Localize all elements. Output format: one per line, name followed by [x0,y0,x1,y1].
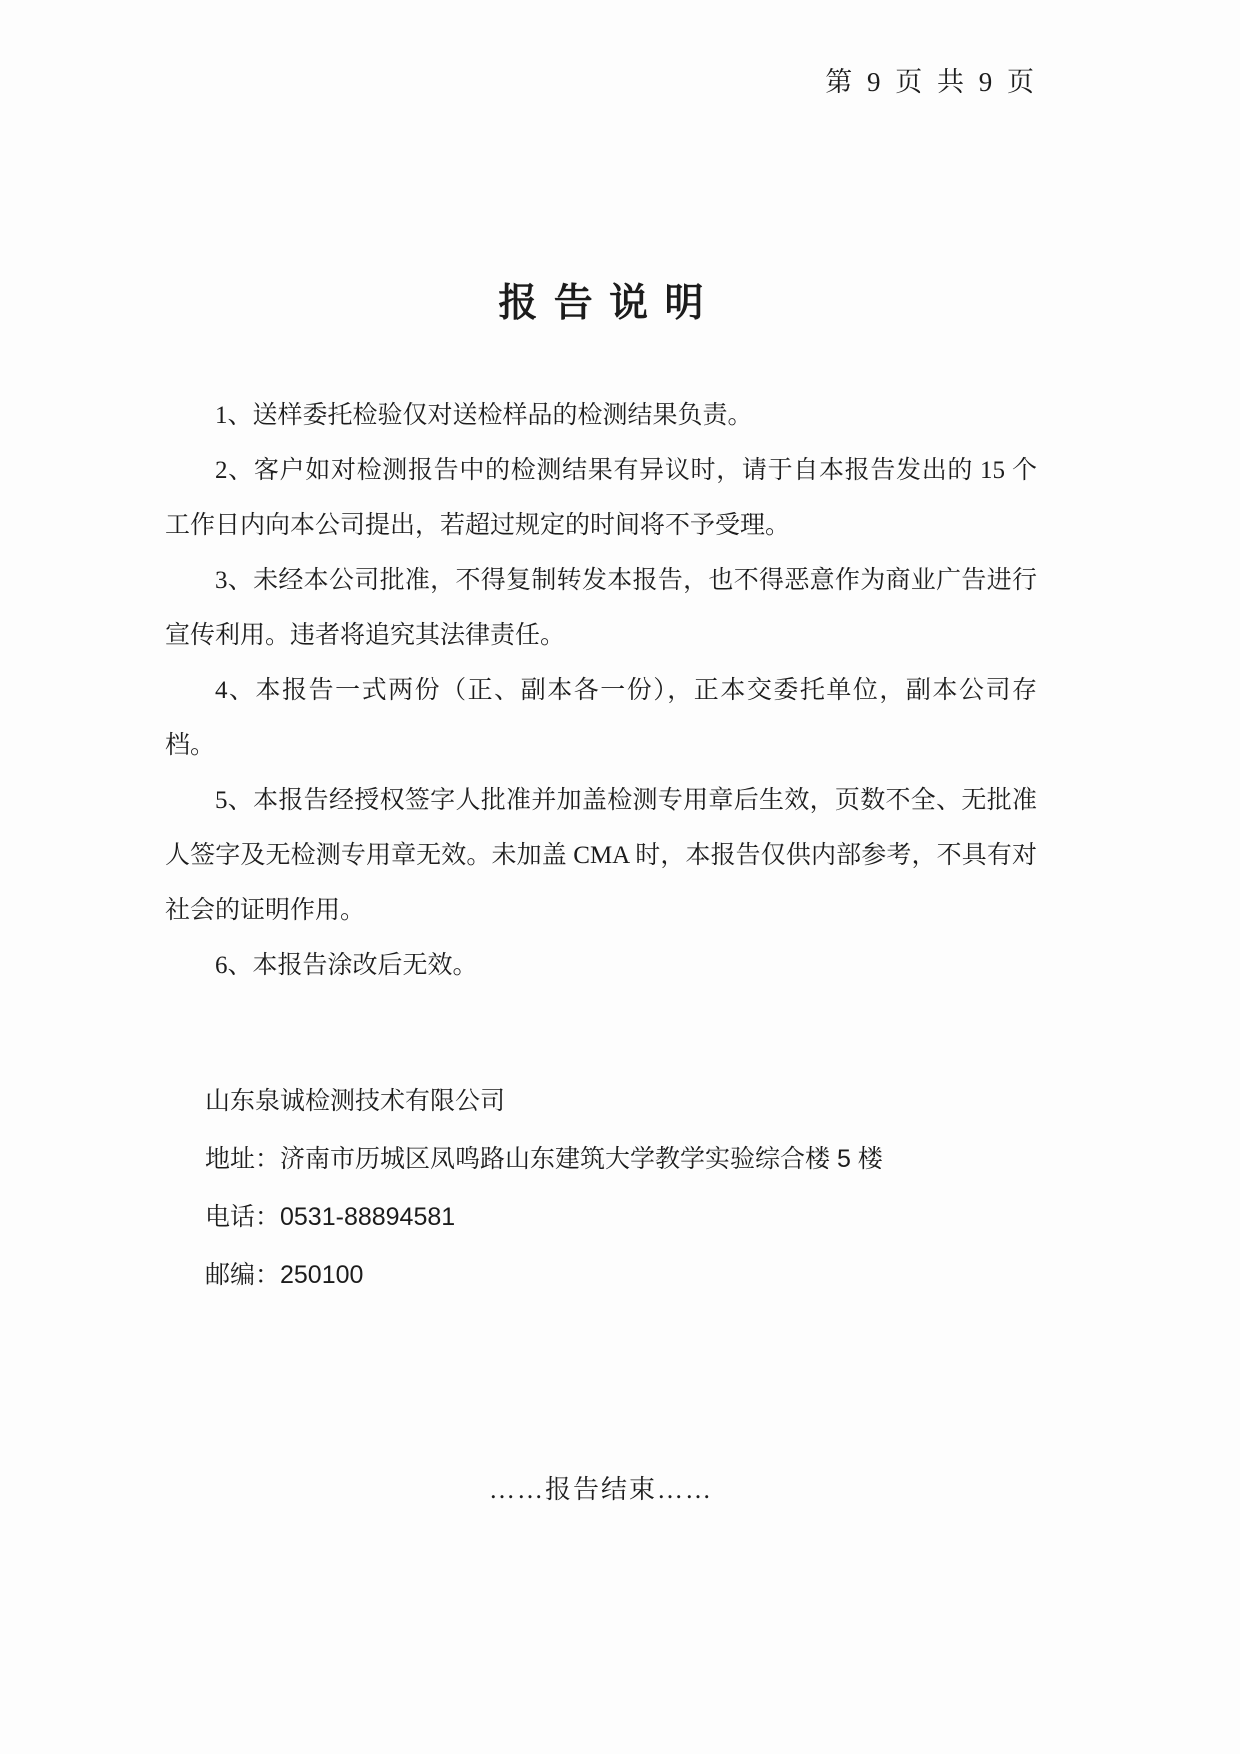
page-number: 第 9 页 共 9 页 [825,60,1038,99]
report-note-4: 4、本报告一式两份（正、副本各一份），正本交委托单位，副本公司存档。 [165,663,1037,773]
company-name: 山东泉诚检测技术有限公司 [205,1072,1037,1130]
report-note-2: 2、客户如对检测报告中的检测结果有异议时，请于自本报告发出的 15 个工作日内向… [165,443,1037,553]
report-note-1: 1、送样委托检验仅对送检样品的检测结果负责。 [165,388,1037,443]
report-note-3: 3、未经本公司批准，不得复制转发本报告，也不得恶意作为商业广告进行宣传利用。违者… [165,553,1037,663]
company-phone: 电话：0531-88894581 [205,1188,1037,1246]
report-end-marker: ……报告结束…… [165,1462,1037,1517]
report-note-6: 6、本报告涂改后无效。 [165,938,1037,993]
company-info-section: 山东泉诚检测技术有限公司 地址：济南市历城区凤鸣路山东建筑大学教学实验综合楼 5… [205,1072,1037,1304]
company-address: 地址：济南市历城区凤鸣路山东建筑大学教学实验综合楼 5 楼 [205,1130,1037,1188]
page-title: 报告说明 [165,272,1037,328]
company-postal-code: 邮编：250100 [205,1246,1037,1304]
report-note-5: 5、本报告经授权签字人批准并加盖检测专用章后生效，页数不全、无批准人签字及无检测… [165,773,1037,938]
report-notes-section: 1、送样委托检验仅对送检样品的检测结果负责。 2、客户如对检测报告中的检测结果有… [165,388,1037,993]
report-page: 第 9 页 共 9 页 报告说明 1、送样委托检验仅对送检样品的检测结果负责。 … [0,0,1240,1754]
